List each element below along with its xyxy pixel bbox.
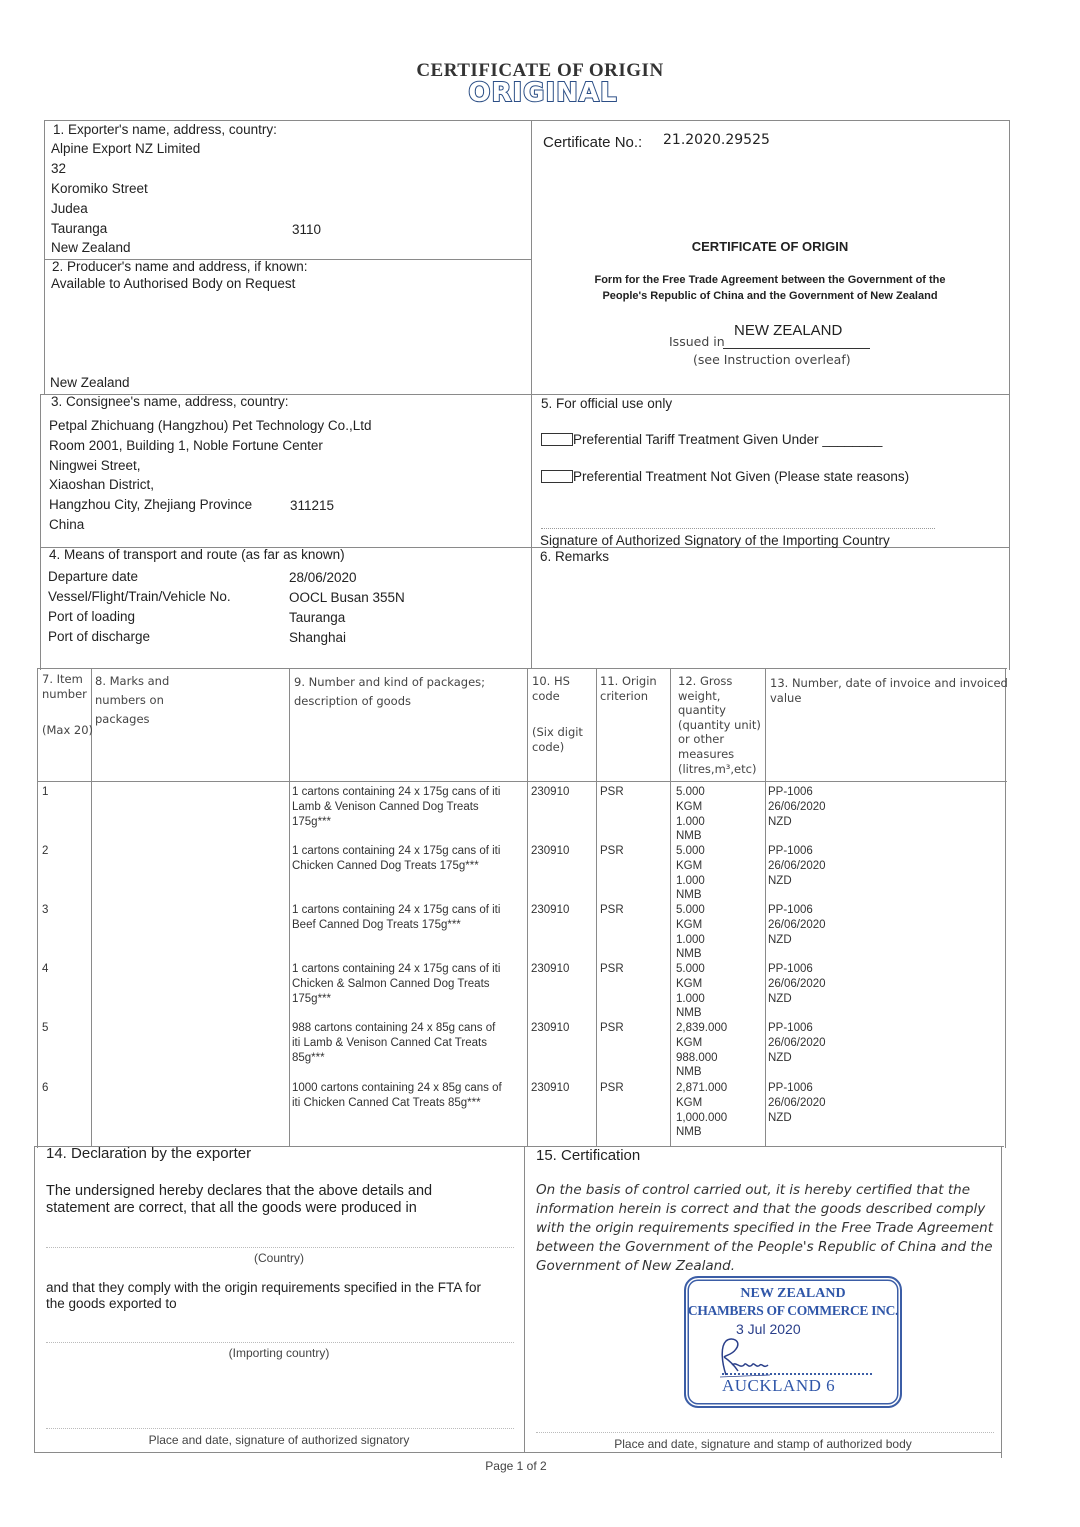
origin-criterion: PSR (600, 1081, 624, 1096)
exporter-line: Alpine Export NZ Limited (51, 139, 200, 159)
tariff-given-label: Preferential Tariff Treatment Given Unde… (573, 430, 882, 450)
item-number: 2 (42, 844, 48, 859)
item-number: 3 (42, 903, 48, 918)
exporter-line: 32 (51, 159, 66, 179)
treatment-not-given-label: Preferential Treatment Not Given (Please… (573, 467, 909, 487)
producer-value: Available to Authorised Body on Request (51, 274, 295, 294)
consignee-label: 3. Consignee's name, address, country: (51, 392, 288, 412)
header-gross-weight: 12. Grossweight,quantity(quantity unit)o… (678, 674, 761, 776)
gross-weight: 5.000KGM1.000NMB (676, 785, 705, 844)
exporter-line: Koromiko Street (51, 179, 148, 199)
consignee-line: Room 2001, Building 1, Noble Fortune Cen… (49, 436, 323, 456)
producer-country: New Zealand (50, 373, 130, 393)
declaration-text: the goods exported to (46, 1296, 177, 1312)
exporter-postcode: 3110 (292, 220, 321, 240)
goods-description: 1 cartons containing 24 x 175g cans of i… (292, 903, 500, 933)
gross-weight: 2,871.000KGM1,000.000NMB (676, 1081, 727, 1140)
transport-row-value: Shanghai (289, 628, 346, 648)
goods-description: 1 cartons containing 24 x 175g cans of i… (292, 785, 500, 829)
hs-code: 230910 (531, 785, 569, 800)
signature-icon (712, 1335, 782, 1380)
hs-code: 230910 (531, 903, 569, 918)
consignee-line: Petpal Zhichuang (Hangzhou) Pet Technolo… (49, 416, 371, 436)
consignee-postcode: 311215 (290, 496, 334, 516)
item-number: 1 (42, 785, 48, 800)
remarks-label: 6. Remarks (540, 547, 609, 567)
origin-criterion: PSR (600, 1021, 624, 1036)
original-stamp: ORIGINAL (465, 78, 621, 108)
invoice-details: PP-100626/06/2020NZD (768, 1021, 826, 1065)
consignee-line: Xiaoshan District, (49, 475, 154, 495)
exporter-line: Tauranga (51, 219, 107, 239)
consignee-line: Ningwei Street, (49, 456, 141, 476)
transport-row-label: Port of discharge (48, 627, 150, 647)
page-number: Page 1 of 2 (0, 1459, 1032, 1474)
header-invoice: 13. Number, date of invoice and invoiced… (770, 676, 1008, 706)
declaration-text: statement are correct, that all the good… (46, 1200, 417, 1217)
form-description-line1: Form for the Free Trade Agreement betwee… (531, 273, 1009, 288)
invoice-details: PP-100626/06/2020NZD (768, 844, 826, 888)
exporter-line: Judea (51, 199, 88, 219)
certificate-title: CERTIFICATE OF ORIGIN (531, 237, 1009, 257)
gross-weight: 5.000KGM1.000NMB (676, 844, 705, 903)
gross-weight: 5.000KGM1.000NMB (676, 962, 705, 1021)
header-marks: 8. Marks andnumbers onpackages (95, 672, 169, 729)
treatment-not-given-checkbox[interactable] (541, 470, 573, 483)
goods-description: 1 cartons containing 24 x 175g cans of i… (292, 962, 500, 1006)
origin-criterion: PSR (600, 903, 624, 918)
header-item: 7. Itemnumber(Max 20) (42, 672, 93, 738)
exporter-line: New Zealand (51, 238, 131, 258)
gross-weight: 5.000KGM1.000NMB (676, 903, 705, 962)
item-number: 6 (42, 1081, 48, 1096)
importing-country-caption: (Importing country) (34, 1346, 524, 1361)
consignee-line: Hangzhou City, Zhejiang Province (49, 495, 252, 515)
transport-row-label: Vessel/Flight/Train/Vehicle No. (48, 587, 231, 607)
invoice-details: PP-100626/06/2020NZD (768, 785, 826, 829)
authorized-body-caption: Place and date, signature and stamp of a… (524, 1437, 1002, 1452)
certificate-number-label: Certificate No.: (543, 133, 642, 153)
invoice-details: PP-100626/06/2020NZD (768, 962, 826, 1006)
certification-text: On the basis of control carried out, it … (536, 1181, 993, 1276)
hs-code: 230910 (531, 962, 569, 977)
header-hs-code: 10. HScode(Six digitcode) (532, 674, 583, 755)
invoice-details: PP-100626/06/2020NZD (768, 903, 826, 947)
origin-criterion: PSR (600, 962, 624, 977)
goods-description: 988 cartons containing 24 x 85g cans ofi… (292, 1021, 495, 1065)
certification-label: 15. Certification (536, 1146, 640, 1166)
item-number: 4 (42, 962, 48, 977)
transport-row-value: OOCL Busan 355N (289, 588, 405, 608)
country-caption: (Country) (34, 1251, 524, 1266)
form-description-line2: People's Republic of China and the Gover… (531, 289, 1009, 304)
origin-criterion: PSR (600, 785, 624, 800)
gross-weight: 2,839.000KGM988.000NMB (676, 1021, 727, 1080)
transport-row-label: Departure date (48, 567, 138, 587)
declaration-label: 14. Declaration by the exporter (46, 1144, 251, 1164)
goods-description: 1000 cartons containing 24 x 85g cans of… (292, 1081, 502, 1111)
consignee-line: China (49, 515, 84, 535)
header-description: 9. Number and kind of packages;descripti… (294, 673, 485, 711)
issued-in-label: Issued in (669, 334, 725, 349)
transport-label: 4. Means of transport and route (as far … (49, 545, 345, 565)
origin-criterion: PSR (600, 844, 624, 859)
invoice-details: PP-100626/06/2020NZD (768, 1081, 826, 1125)
certificate-number: 21.2020.29525 (663, 130, 770, 150)
instruction-note: (see Instruction overleaf) (693, 352, 851, 367)
issued-country: NEW ZEALAND (734, 321, 842, 341)
hs-code: 230910 (531, 1081, 569, 1096)
transport-row-value: Tauranga (289, 608, 345, 628)
item-number: 5 (42, 1021, 48, 1036)
transport-row-value: 28/06/2020 (289, 568, 357, 588)
declaration-text: The undersigned hereby declares that the… (46, 1183, 432, 1200)
header-origin: 11. Origincriterion (600, 674, 657, 704)
exporter-label: 1. Exporter's name, address, country: (53, 120, 277, 140)
exporter-signature-caption: Place and date, signature of authorized … (34, 1433, 524, 1448)
hs-code: 230910 (531, 844, 569, 859)
hs-code: 230910 (531, 1021, 569, 1036)
official-use-label: 5. For official use only (541, 394, 672, 414)
goods-description: 1 cartons containing 24 x 175g cans of i… (292, 844, 500, 874)
transport-row-label: Port of loading (48, 607, 135, 627)
declaration-text: and that they comply with the origin req… (46, 1280, 481, 1296)
tariff-given-checkbox[interactable] (541, 433, 573, 446)
